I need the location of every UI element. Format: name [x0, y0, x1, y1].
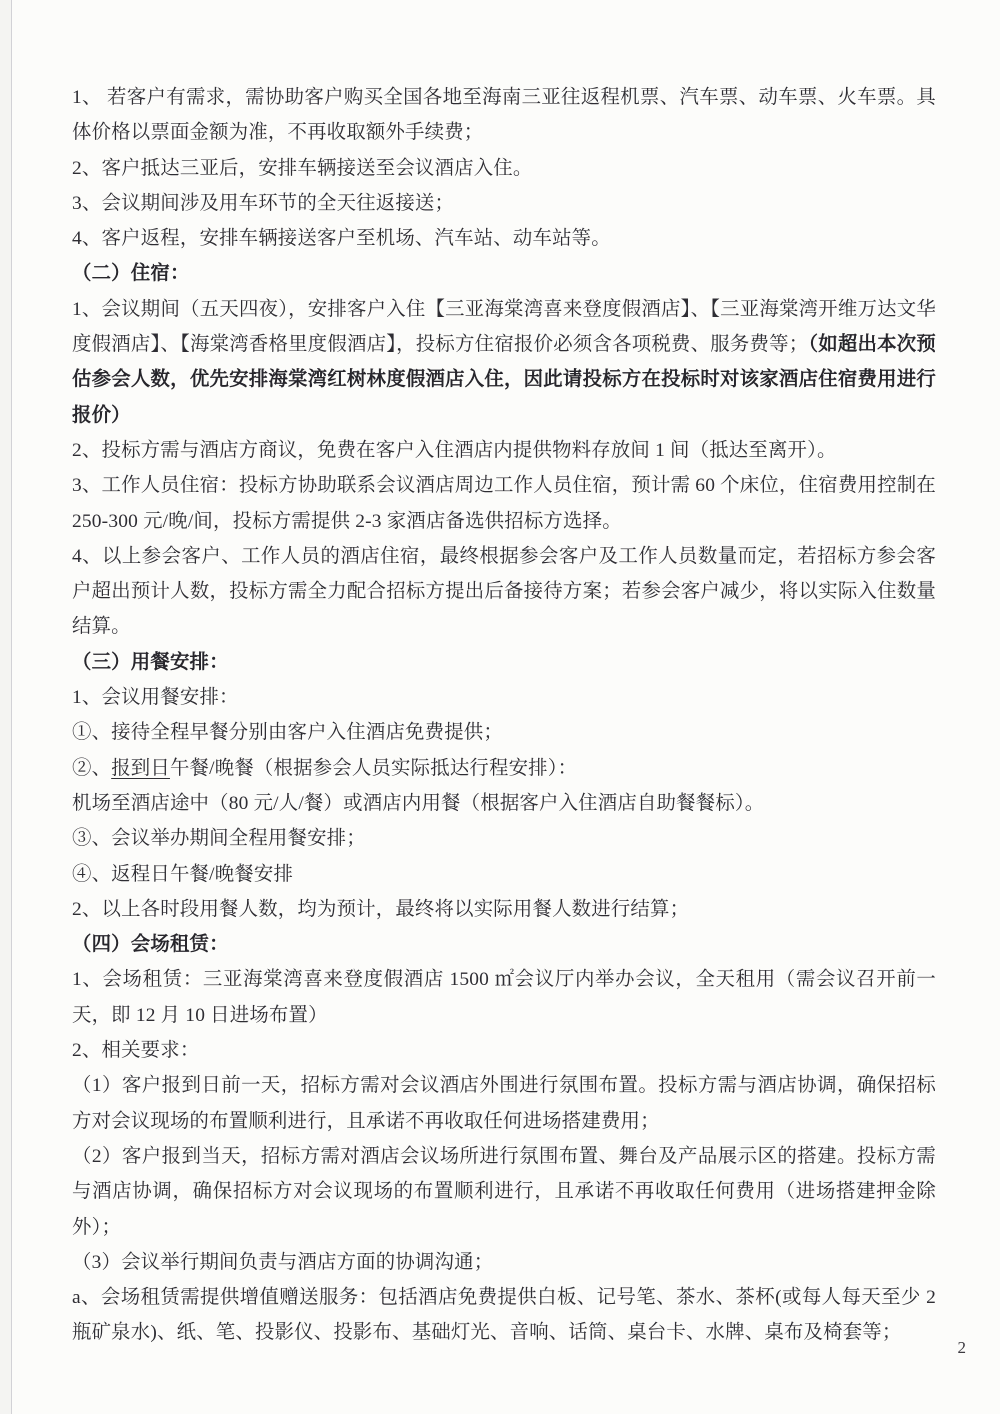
text-segment: （三）用餐安排：: [72, 652, 229, 673]
section-heading: （三）用餐安排：: [72, 645, 936, 680]
paragraph: （1）客户报到日前一天，招标方需对会议酒店外围进行氛围布置。投标方需与酒店协调，…: [72, 1068, 936, 1139]
text-segment: （1）客户报到日前一天，招标方需对会议酒店外围进行氛围布置。投标方需与酒店协调，…: [72, 1075, 936, 1131]
text-segment: 2、客户抵达三亚后，安排车辆接送至会议酒店入住。: [72, 158, 532, 179]
paragraph: 1、 若客户有需求，需协助客户购买全国各地至海南三亚往返程机票、汽车票、动车票、…: [72, 80, 936, 151]
text-segment: 4、以上参会客户、工作人员的酒店住宿，最终根据参会客户及工作人员数量而定，若招标…: [72, 546, 936, 638]
text-segment: 2、相关要求：: [72, 1040, 199, 1061]
text-segment: ②、: [72, 758, 111, 779]
section-heading: （四）会场租赁：: [72, 927, 936, 962]
text-segment: 午餐/晚餐（根据参会人员实际抵达行程安排）：: [170, 758, 577, 779]
paragraph: 机场至酒店途中（80 元/人/餐）或酒店内用餐（根据客户入住酒店自助餐餐标）。: [72, 786, 936, 821]
text-segment: 2、以上各时段用餐人数，均为预计，最终将以实际用餐人数进行结算；: [72, 899, 689, 920]
paragraph: 1、会议期间（五天四夜），安排客户入住【三亚海棠湾喜来登度假酒店】、【三亚海棠湾…: [72, 292, 936, 433]
paragraph: （3）会议举行期间负责与酒店方面的协调沟通；: [72, 1245, 936, 1280]
text-segment: ③、会议举办期间全程用餐安排；: [72, 828, 366, 849]
paragraph: 4、客户返程，安排车辆接送客户至机场、汽车站、动车站等。: [72, 221, 936, 256]
text-segment: （二）住宿：: [72, 263, 190, 284]
text-segment: ①、接待全程早餐分别由客户入住酒店免费提供；: [72, 722, 503, 743]
paragraph: 4、以上参会客户、工作人员的酒店住宿，最终根据参会客户及工作人员数量而定，若招标…: [72, 539, 936, 645]
paragraph: 2、客户抵达三亚后，安排车辆接送至会议酒店入住。: [72, 151, 936, 186]
text-segment: （3）会议举行期间负责与酒店方面的协调沟通；: [72, 1252, 493, 1273]
paragraph: ②、报到日午餐/晚餐（根据参会人员实际抵达行程安排）：: [72, 751, 936, 786]
text-segment: 1、会场租赁：三亚海棠湾喜来登度假酒店 1500 ㎡会议厅内举办会议，全天租用（…: [72, 969, 936, 1025]
document-page: 1、 若客户有需求，需协助客户购买全国各地至海南三亚往返程机票、汽车票、动车票、…: [0, 0, 1000, 1414]
section-heading: （二）住宿：: [72, 256, 936, 291]
scan-edge-shadow: [0, 0, 11, 1414]
text-segment: 3、会议期间涉及用车环节的全天往返接送；: [72, 193, 454, 214]
scan-edge-line: [11, 0, 12, 1414]
text-segment: ④、返程日午餐/晚餐安排: [72, 864, 293, 885]
text-segment: 机场至酒店途中（80 元/人/餐）或酒店内用餐（根据客户入住酒店自助餐餐标）。: [72, 793, 764, 814]
text-segment: 4、客户返程，安排车辆接送客户至机场、汽车站、动车站等。: [72, 228, 611, 249]
paragraph: 2、以上各时段用餐人数，均为预计，最终将以实际用餐人数进行结算；: [72, 892, 936, 927]
text-segment: 2、投标方需与酒店方商议，免费在客户入住酒店内提供物料存放间 1 间（抵达至离开…: [72, 440, 837, 461]
paragraph: ③、会议举办期间全程用餐安排；: [72, 821, 936, 856]
paragraph: ④、返程日午餐/晚餐安排: [72, 857, 936, 892]
paragraph: 1、会议用餐安排：: [72, 680, 936, 715]
text-segment: （四）会场租赁：: [72, 934, 229, 955]
page-number: 2: [958, 1338, 967, 1358]
text-segment: 3、工作人员住宿：投标方协助联系会议酒店周边工作人员住宿，预计需 60 个床位，…: [72, 475, 936, 531]
paragraph: 1、会场租赁：三亚海棠湾喜来登度假酒店 1500 ㎡会议厅内举办会议，全天租用（…: [72, 962, 936, 1033]
paragraph: a、会场租赁需提供增值赠送服务：包括酒店免费提供白板、记号笔、茶水、茶杯(或每人…: [72, 1280, 936, 1351]
paragraph: 3、会议期间涉及用车环节的全天往返接送；: [72, 186, 936, 221]
paragraph: 3、工作人员住宿：投标方协助联系会议酒店周边工作人员住宿，预计需 60 个床位，…: [72, 468, 936, 539]
document-body: 1、 若客户有需求，需协助客户购买全国各地至海南三亚往返程机票、汽车票、动车票、…: [72, 80, 936, 1351]
paragraph: （2）客户报到当天，招标方需对酒店会议场所进行氛围布置、舞台及产品展示区的搭建。…: [72, 1139, 936, 1245]
paragraph: ①、接待全程早餐分别由客户入住酒店免费提供；: [72, 715, 936, 750]
text-segment: （2）客户报到当天，招标方需对酒店会议场所进行氛围布置、舞台及产品展示区的搭建。…: [72, 1146, 936, 1238]
text-segment: 1、会议期间（五天四夜），安排客户入住【三亚海棠湾喜来登度假酒店】、【三亚海棠湾…: [72, 299, 936, 355]
text-segment: a、会场租赁需提供增值赠送服务：包括酒店免费提供白板、记号笔、茶水、茶杯(或每人…: [72, 1287, 936, 1343]
text-segment: 1、会议用餐安排：: [72, 687, 239, 708]
paragraph: 2、相关要求：: [72, 1033, 936, 1068]
paragraph: 2、投标方需与酒店方商议，免费在客户入住酒店内提供物料存放间 1 间（抵达至离开…: [72, 433, 936, 468]
text-segment: 报到日: [111, 758, 170, 779]
text-segment: 1、 若客户有需求，需协助客户购买全国各地至海南三亚往返程机票、汽车票、动车票、…: [72, 87, 936, 143]
